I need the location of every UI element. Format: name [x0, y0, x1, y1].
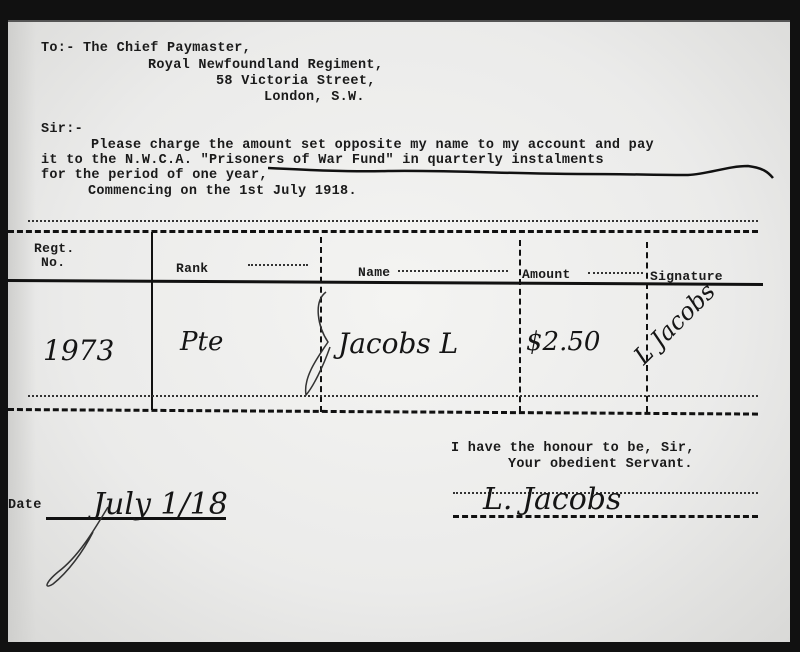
column-divider	[151, 232, 153, 410]
cell-rank: Pte	[180, 327, 223, 357]
closing-line-1: I have the honour to be, Sir,	[451, 442, 695, 456]
column-divider	[646, 242, 648, 412]
body-line-3: for the period of one year,	[41, 169, 268, 183]
dotted-guide	[28, 220, 758, 222]
document-page: To:- The Chief Paymaster, Royal Newfound…	[8, 20, 790, 642]
table-top-border	[8, 230, 758, 233]
closing-signature: L. Jacobs	[483, 482, 621, 517]
handwritten-underline	[268, 162, 778, 192]
cell-regt-no: 1973	[43, 334, 114, 367]
city-line: London, S.W.	[264, 91, 365, 105]
header-regt-no-line2: No.	[41, 256, 65, 270]
dotted-guide	[248, 264, 308, 266]
body-line-1: Please charge the amount set opposite my…	[91, 139, 654, 153]
header-signature: Signature	[650, 270, 723, 284]
street-line: 58 Victoria Street,	[216, 75, 376, 89]
signature-line	[453, 515, 758, 518]
column-divider	[519, 240, 521, 412]
organization-line: Royal Newfoundland Regiment,	[148, 59, 383, 73]
cell-signature: L Jacobs	[628, 277, 721, 370]
date-flourish	[38, 502, 118, 592]
cell-amount: $2.50	[526, 327, 600, 357]
header-amount: Amount	[522, 268, 571, 282]
header-name: Name	[358, 266, 390, 280]
cell-name: Jacobs L	[338, 327, 458, 360]
dotted-guide	[398, 270, 508, 272]
name-flourish	[298, 287, 338, 402]
dotted-guide	[28, 395, 758, 397]
header-rank: Rank	[176, 262, 208, 276]
closing-line-2: Your obedient Servant.	[508, 458, 693, 472]
header-regt-no-line1: Regt.	[34, 242, 75, 256]
addressee-line: To:- The Chief Paymaster,	[41, 42, 251, 56]
date-label: Date	[8, 499, 42, 513]
dotted-guide	[588, 272, 643, 274]
salutation: Sir:-	[41, 123, 83, 137]
